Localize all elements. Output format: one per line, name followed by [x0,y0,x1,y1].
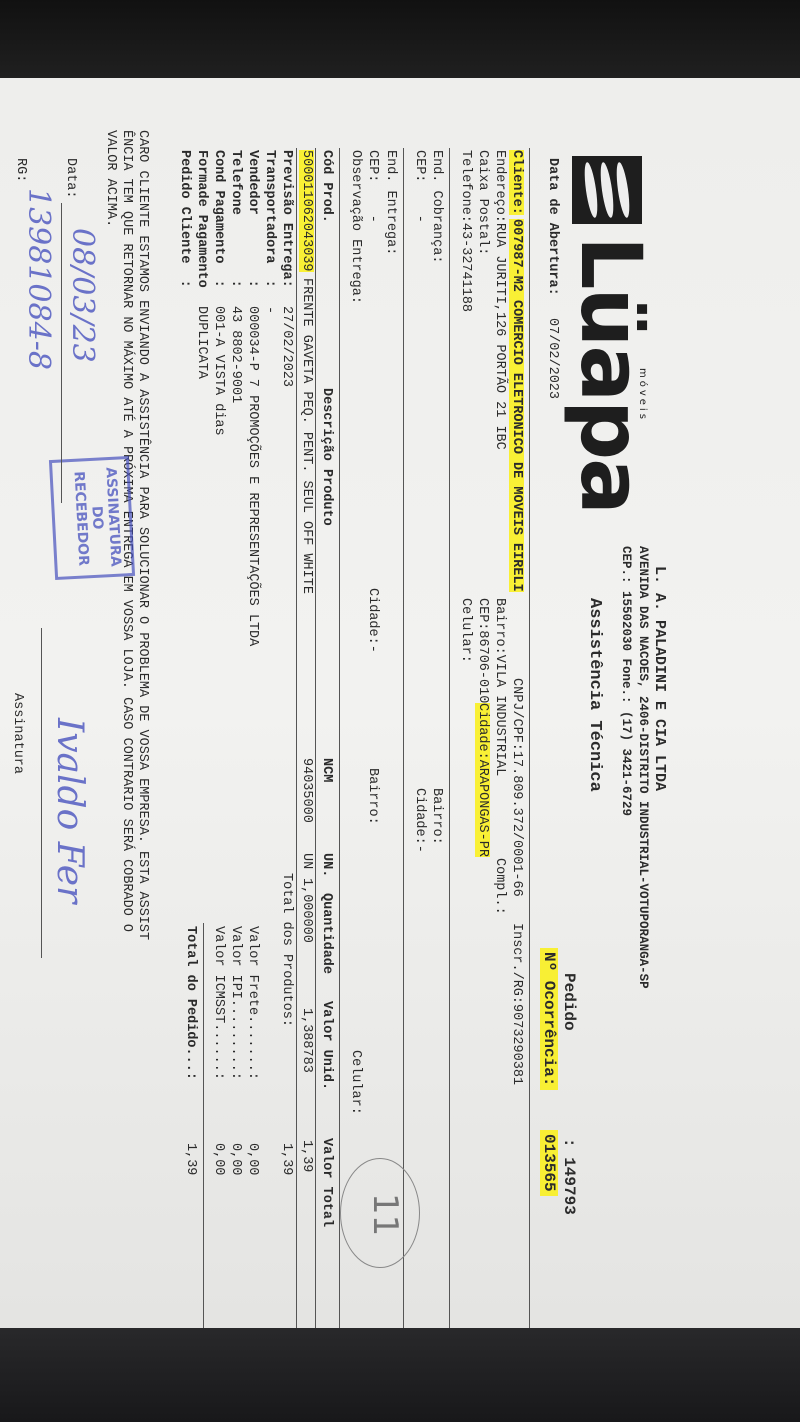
total-products-value: 1,39 [279,1143,294,1175]
total-products-label: Total dos Produtos: [279,873,294,1027]
date-handwritten: 08/03/23 [65,228,100,363]
col-header-description: Descrição Produto [319,388,334,526]
cell-ncm: 94035000 [299,758,314,823]
client-telefone: Telefone:43-32741188 [458,150,473,312]
cell-unit-value: 1,388783 [299,1008,314,1073]
detail-value-transportadora: - [262,306,277,314]
cell-code: 50001106204303​9 [299,150,314,272]
totals-label-frete: Valor Frete.......: [245,926,260,1080]
client-cnpj: CNPJ/CPF:17.809.372/0001-66 [509,678,524,897]
delivery-cidade: Cidade:- [365,588,380,653]
detail-value-previsao: 27/02/2023 [279,306,294,387]
client-bairro: Bairro:VILA INDUSTRIAL [492,598,507,776]
order-total-label: Total do Pedido...: [183,926,198,1080]
divider [403,148,404,1328]
delivery-cep: CEP: - [365,150,380,223]
cell-unit: UN [299,853,314,869]
cell-total-value: 1,39 [299,1140,314,1172]
notice-line-1: CARO CLIENTE ESTAMOS ENVIANDO A ASSISTÊN… [135,130,150,940]
client-caixa-postal: Caixa Postal: [475,150,490,255]
date-label: Data: [63,158,78,199]
detail-label-vendedor: Vendedor : [245,150,260,288]
occurrence-label: Nº Ocorrência: [540,948,558,1090]
client-value: 007987-M2 COMERCIO ELETRONICO DE MOVEIS … [509,219,524,592]
order-total-value: 1,39 [183,1143,198,1175]
detail-label-transportadora: Transportadora : [262,150,277,288]
col-header-ncm: NCM [319,758,334,782]
detail-label-forma-pagamento: Formade Pagamento [194,150,209,288]
delivery-bairro: Bairro: [365,768,380,825]
totals-value-frete: 0,00 [245,1143,260,1175]
dark-background-top [0,0,800,90]
signature-handwritten: Ivaldo Fer [49,718,90,903]
totals-value-ipi: 0,00 [228,1143,243,1175]
opening-date-label: Data de Abertura: [545,158,560,296]
divider [203,923,204,1328]
divider [339,148,340,1328]
client-label: Cliente: [509,150,524,215]
technical-assistance-document: Lüapa móveis L. A. PALADINI E CIA LTDA A… [0,78,800,1328]
client-celular: Celular: [458,598,473,663]
col-header-unit-value: Valor Unid. [319,1001,334,1090]
detail-label-pedido-cliente: Pedido Cliente : [177,150,192,288]
cell-quantity: 1,000000 [299,878,314,943]
detail-value-telefone: 43 8802-9001 [228,306,243,403]
order-label: Pedido [560,973,578,1031]
divider [529,148,530,1328]
rg-handwritten: 13981084-8 [21,188,56,370]
billing-cep: CEP: - [412,150,427,223]
client-cep: CEP:86706-010 [475,598,490,703]
company-address: AVENIDA DAS NACOES, 2406-DISTRITO INDUST… [636,546,650,989]
company-name: L. A. PALADINI E CIA LTDA [651,566,668,791]
cell-description: FRENTE GAVETA PEQ. PENT. SEUL OFF WHITE [299,278,314,594]
delivery-celular: Celular: [348,1050,363,1115]
notice-line-3: VALOR ACIMA. [103,130,118,227]
col-header-total-value: Valor Total [319,1138,334,1227]
totals-label-ipi: Valor IPI.........: [228,926,243,1080]
totals-value-icmsst: 0,00 [211,1143,226,1175]
opening-date: 07/02/2023 [545,318,560,399]
detail-value-forma-pagamento: DUPLICATA [194,306,209,379]
detail-label-telefone: Telefone : [228,150,243,288]
detail-label-cond-pagamento: Cond Pagamento : [211,150,226,288]
occurrence-number: 013565 [540,1130,558,1196]
totals-label-icmsst: Valor ICMSST......: [211,926,226,1080]
divider [296,148,297,1328]
divider [315,148,316,1328]
rg-label: RG: [13,158,28,182]
col-header-code: Cód Prod. [319,150,334,223]
logo-subtitle: móveis [637,368,648,422]
document-title: Assistência Técnica [585,598,604,792]
date-line [61,203,62,503]
order-number: : 149793 [560,1138,578,1215]
client-inscr: Inscr./RG:9073290381 [509,923,524,1085]
detail-value-vendedor: 000034-P 7 PROMOÇÕES E REPRESENTAÇÕES LT… [245,306,260,646]
signature-label: Assinatura [10,693,25,774]
company-cep-phone: CEP.: 15502030 Fone.: (17) 3421-6729 [619,546,633,816]
delivery-observacao: Observação Entrega: [348,150,363,304]
billing-address: End. Cobrança: [429,150,444,263]
divider [449,148,450,1328]
col-header-quantity: Quantidade [319,893,334,974]
wave-logo-icon [572,156,642,224]
pencil-mark: 11 [365,1193,405,1236]
col-header-unit: UN. [319,853,334,877]
delivery-address: End. Entrega: [383,150,398,255]
client-address: Endereço:RUA JURITI,126 PORTÃO 21 IBC [492,150,507,450]
dark-background-bottom [0,1320,800,1422]
signature-line [41,628,42,958]
billing-bairro: Bairro: [429,788,444,845]
detail-value-cond-pagamento: 001-A VISTA dias [211,306,226,436]
client-cidade: Cidade:ARAPONGAS-PR [475,703,490,857]
detail-label-previsao: Previsão Entrega: [279,150,294,288]
client-compl: Compl.: [492,858,507,915]
billing-cidade: Cidade:- [412,788,427,853]
company-logo: Lüapa móveis [562,156,652,516]
